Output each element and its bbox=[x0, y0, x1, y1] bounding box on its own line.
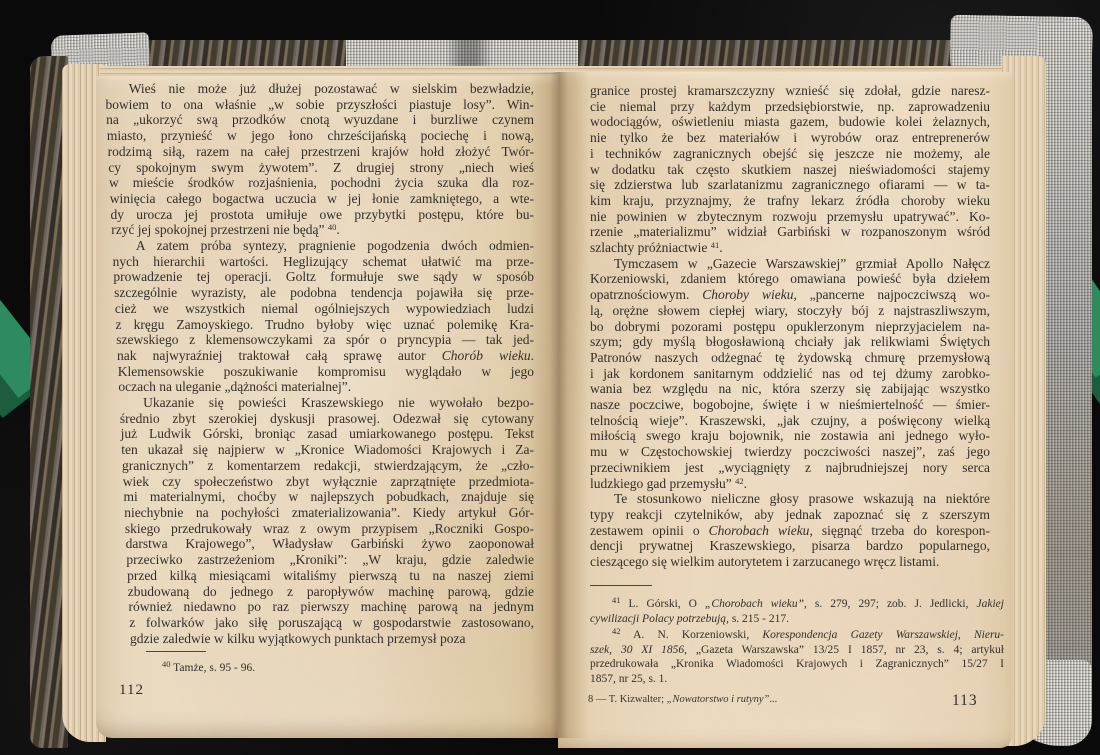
text-line: z kręgu Zamoyskiego. Trudno byłoby więc … bbox=[104, 317, 534, 333]
page-number-left: 112 bbox=[119, 682, 144, 699]
text-line: Ukazanie się powieści Kraszewskiego nie … bbox=[104, 395, 534, 411]
left-page-footnotes: 40 Tamże, s. 95 - 96. bbox=[140, 661, 536, 678]
paragraph: Tymczasem w „Gazecie Warszawskiej” grzmi… bbox=[590, 256, 990, 492]
paragraph: Ukazanie się powieści Kraszewskiego nie … bbox=[104, 395, 534, 646]
text-line: rzenie „materializmu” widział Garbiński … bbox=[590, 224, 990, 240]
text-line: szczególnie wyrazisty, ale podobna tende… bbox=[104, 285, 534, 301]
text-line: mi materialnymi, choćby w najlepszych po… bbox=[104, 489, 534, 505]
text-line: zbudowaną do jednego z paropływów machin… bbox=[104, 584, 534, 600]
text-line: również niedawno po raz pierwszy machinę… bbox=[104, 599, 534, 615]
text-line: szlachty próżniactwie 41. bbox=[590, 240, 990, 256]
text-line: przed kilką miesiącami witaliśmy pierwsz… bbox=[104, 568, 534, 584]
text-line: i jak kordonem sanitarnym oddzielić nas … bbox=[590, 366, 990, 382]
paragraph: 42 A. N. Korzeniowski, Korespondencja Ga… bbox=[590, 628, 1004, 686]
gutter-shadow bbox=[530, 72, 588, 738]
text-line: przeciwnikiem jest „wyciągnięty z najbru… bbox=[590, 460, 990, 476]
text-line: bo dobrymi pozorami postępu opuklerzonym… bbox=[590, 319, 990, 335]
text-line: typy reakcji czytelników, aby jednak zap… bbox=[590, 507, 990, 523]
right-page-footnotes: 41 L. Górski, O „Chorobach wieku”, s. 27… bbox=[590, 597, 1004, 689]
text-line: 42 A. N. Korzeniowski, Korespondencja Ga… bbox=[590, 628, 1004, 643]
book-cover-right-edge bbox=[1038, 22, 1092, 734]
text-line: granicznych” z komentarzem redakcji, stw… bbox=[104, 458, 534, 474]
text-line: wodociągów, oświetleniu miasta gazem, bu… bbox=[590, 114, 990, 130]
text-line: rodzimą siłą, razem na całej przestrzeni… bbox=[104, 144, 534, 160]
text-line: mu w Częstochowskiej twierdzy poczciwośc… bbox=[590, 444, 990, 460]
text-line: nak najwyraźniej traktował całą sprawę a… bbox=[104, 348, 534, 364]
text-line: miłością swego kraju bojownik, nie zosta… bbox=[590, 428, 990, 444]
text-line: cie niemal przy każdym przedsiębiorstwie… bbox=[590, 99, 990, 115]
text-line: winięcia całego bogactwa uczucia w jej ł… bbox=[104, 191, 534, 207]
text-line: nie powinien w zbytecznym rozwoju przemy… bbox=[590, 209, 990, 225]
text-line: na „ukorzyć swą przodków cnotą wyuzdane … bbox=[104, 112, 534, 128]
text-line: Tymczasem w „Gazecie Warszawskiej” grzmi… bbox=[590, 256, 990, 272]
paragraph: Wieś nie może już dłużej pozostawać w si… bbox=[104, 81, 534, 238]
text-line: zestawem opinii o Chorobach wieku, sięgn… bbox=[590, 523, 990, 539]
text-line: miasto, przynieść w jego łono chrześcija… bbox=[104, 128, 534, 144]
text-line: 41 L. Górski, O „Chorobach wieku”, s. 27… bbox=[590, 597, 1004, 612]
text-line: dy urocza jej prostota umiłuje owe przyb… bbox=[104, 207, 534, 223]
text-line: nie tylko że bez materiałów i wyrobów or… bbox=[590, 130, 990, 146]
book-photo: Wieś nie może już dłużej pozostawać w si… bbox=[0, 0, 1100, 755]
text-line: cy spokojnym swym żywotem”. Z drugiej st… bbox=[104, 160, 534, 176]
cover-shading bbox=[1038, 22, 1092, 734]
paragraph: 40 Tamże, s. 95 - 96. bbox=[140, 661, 536, 676]
text-line: Patronów naszych odżegnać tę żydowską ch… bbox=[590, 350, 990, 366]
text-line: cież we wszystkich niemal ogólniejszych … bbox=[104, 301, 534, 317]
text-line: wania bez względu na nic, która szerzy s… bbox=[590, 381, 990, 397]
text-line: i techników zagranicznych obejść się jes… bbox=[590, 146, 990, 162]
text-line: 1857, nr 25, s. 1. bbox=[590, 672, 1004, 687]
text-line: Wieś nie może już dłużej pozostawać w si… bbox=[104, 81, 534, 97]
text-line: prowadzenie tej operacji. Goltz formułuj… bbox=[104, 269, 534, 285]
paragraph: 41 L. Górski, O „Chorobach wieku”, s. 27… bbox=[590, 597, 1004, 626]
text-line: A zatem próba syntezy, pragnienie pogodz… bbox=[104, 238, 534, 254]
text-line: kim kraju, przyznajmy, że trafny lekarz … bbox=[590, 193, 990, 209]
text-line: szewskiego z klemensowczykami za spór o … bbox=[104, 332, 534, 348]
text-line: ludzkiego gad przemysłu” 42. bbox=[590, 476, 990, 492]
text-line: nych hierarchii wartości. Heglizujący sc… bbox=[104, 254, 534, 270]
text-line: Klemensowskie poszukiwanie kompromisu wy… bbox=[104, 364, 534, 380]
text-line: darstwa Krajowego”, Władysław Garbiński … bbox=[104, 536, 534, 552]
text-line: cieszącego się wielkim autorytetem i zar… bbox=[590, 554, 990, 570]
text-line: niechybnie na pochyłości zmaterializowan… bbox=[104, 505, 534, 521]
text-line: wiek czy społeczeństwo zbyt wyłącznie za… bbox=[104, 474, 534, 490]
paragraph: granice prostej kramarszczyzny wznieść s… bbox=[590, 83, 990, 256]
page-number-right: 113 bbox=[952, 692, 978, 710]
text-line: cywilizacji Polacy potrzebują, s. 215 - … bbox=[590, 612, 1004, 627]
text-line: 40 Tamże, s. 95 - 96. bbox=[140, 661, 536, 676]
text-line: opatrznościowym. Choroby wieku, „pancern… bbox=[590, 287, 990, 303]
paragraph: Te stosunkowo nieliczne głosy prasowe ws… bbox=[590, 491, 990, 570]
text-line: przedrukowała „Kronika Wiadomości Krajow… bbox=[590, 657, 1004, 672]
text-line: średnio zbyt szerokiej dyskusji prasowej… bbox=[104, 411, 534, 427]
text-line: dencji prywatnej Kraszewskiego, pisarza … bbox=[590, 538, 990, 554]
text-line: oczach na uleganie „dążności materialnej… bbox=[104, 379, 534, 395]
text-line: szym; gdy myślą błogosławioną chciały ja… bbox=[590, 334, 990, 350]
footnote-rule-left bbox=[146, 651, 206, 652]
text-line: nasze poczciwe, bogobojne, święte i w ni… bbox=[590, 397, 990, 413]
printers-signature-line: 8 — T. Kizwalter; „Nowatorstwo i rutyny”… bbox=[588, 694, 928, 705]
text-line: się zdzierstwa lub szarlatanizmu zagrani… bbox=[590, 177, 990, 193]
text-line: szek, 30 XI 1856, „Gazeta Warszawska” 13… bbox=[590, 643, 1004, 658]
text-line: już Ludwik Górski, broniąc zasad umiarko… bbox=[104, 426, 534, 442]
text-line: lą, orężne słowem ciepłej wiary, stoczył… bbox=[590, 303, 990, 319]
left-page-body-text: Wieś nie może już dłużej pozostawać w si… bbox=[104, 81, 534, 647]
text-line: skiego przedrukowały wraz z owym przypis… bbox=[104, 521, 534, 537]
footnote-rule-right bbox=[590, 585, 652, 586]
paragraph: A zatem próba syntezy, pragnienie pogodz… bbox=[104, 238, 534, 395]
text-line: gdzie zaledwie w kilku wyjątkowych punkt… bbox=[104, 631, 534, 647]
right-page-body-text: granice prostej kramarszczyzny wznieść s… bbox=[590, 83, 990, 570]
text-line: rzyć jej spokojnej przestrzeni nie będą”… bbox=[104, 222, 534, 238]
text-line: z folwarków jako siłę poruszającą w gosp… bbox=[104, 615, 534, 631]
text-line: Te stosunkowo nieliczne głosy prasowe ws… bbox=[590, 491, 990, 507]
text-line: bowiem to ona właśnie „w sobie przyszłoś… bbox=[104, 97, 534, 113]
text-line: telnością wieje”. Kraszewski, „jak czujn… bbox=[590, 413, 990, 429]
text-line: granice prostej kramarszczyzny wznieść s… bbox=[590, 83, 990, 99]
text-line: w mieście środków rozjaśnienia, pochodni… bbox=[104, 175, 534, 191]
text-line: Korzeniowski, zdaniem którego omawiana p… bbox=[590, 271, 990, 287]
text-line: w dodatku tak często skutkiem naszej nie… bbox=[590, 162, 990, 178]
text-line: przeciwko zastrzeżeniom „Kroniki”: „W kr… bbox=[104, 552, 534, 568]
text-line: ten ukazał się najpierw w „Kronice Wiado… bbox=[104, 442, 534, 458]
